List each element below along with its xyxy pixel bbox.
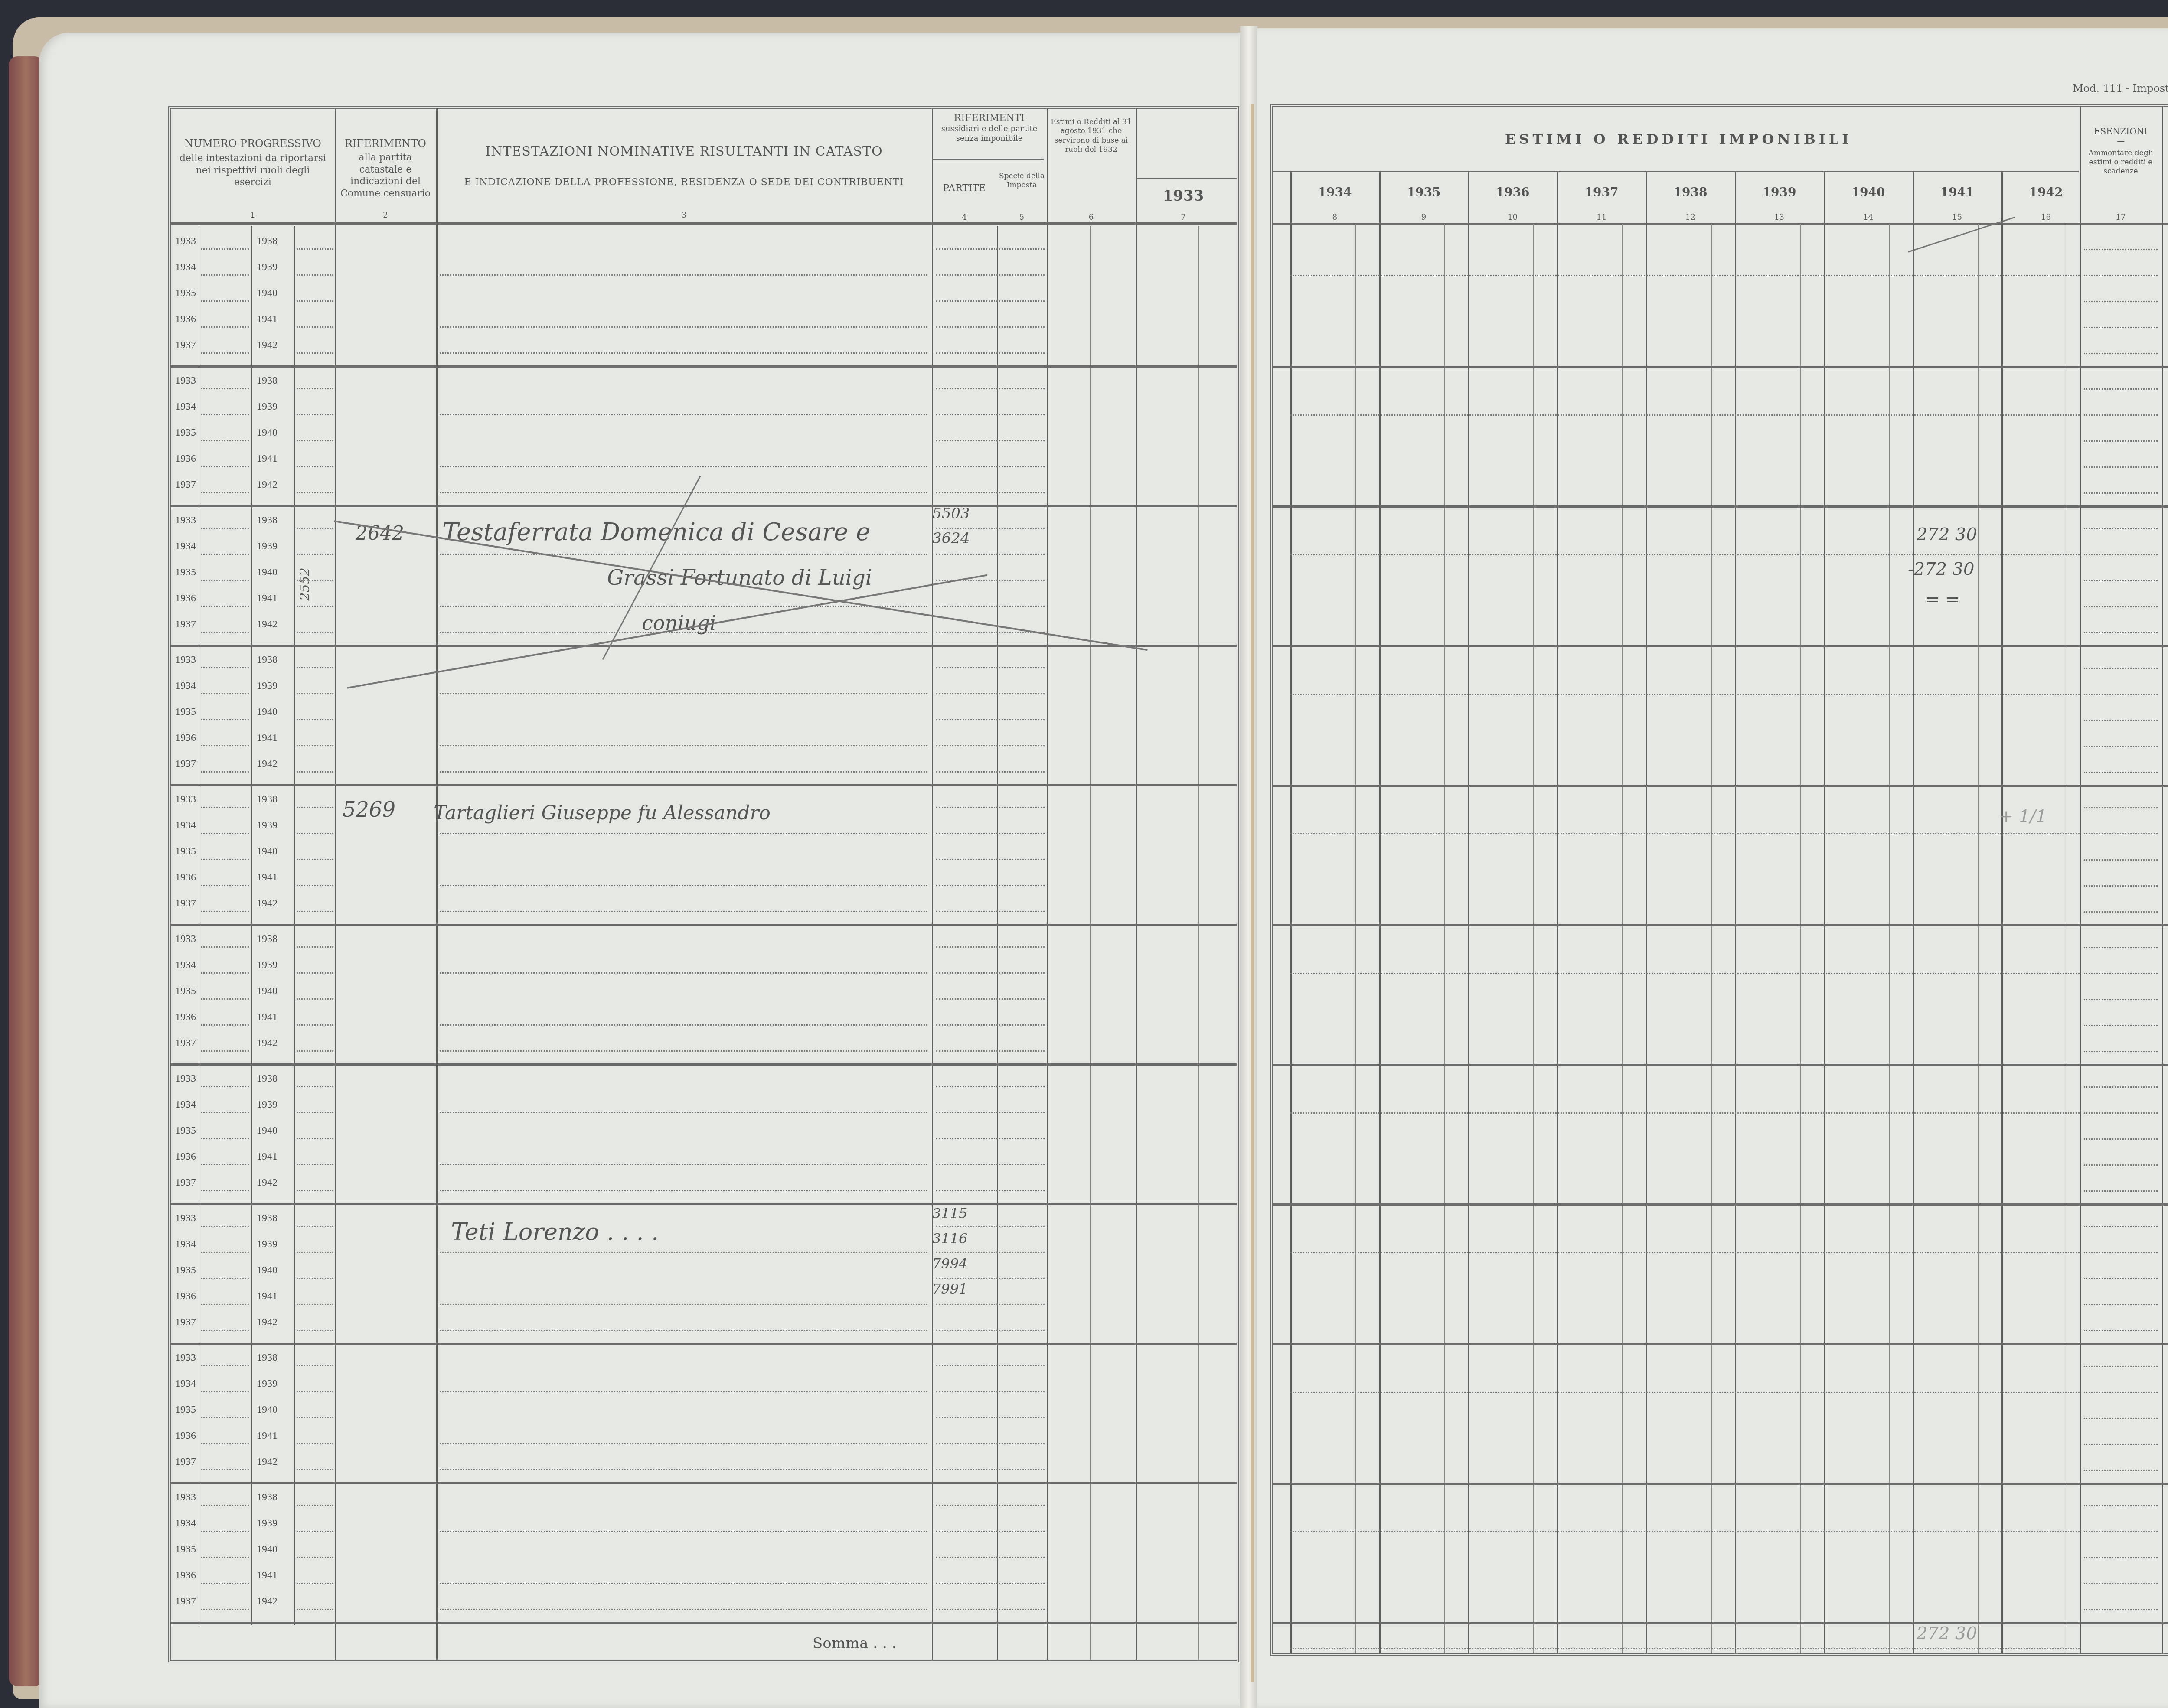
row-year-left: 1937 <box>175 1317 196 1328</box>
row-year-left: 1936 <box>175 1011 196 1023</box>
header-title: ESENZIONI <box>2080 126 2162 137</box>
row-year-right: 1938 <box>257 933 278 945</box>
row-year-left: 1933 <box>175 515 196 526</box>
dotted-rule <box>201 1164 249 1165</box>
book-spine <box>9 56 43 1686</box>
dotted-rule <box>440 326 927 328</box>
divider <box>1557 171 1558 1653</box>
row-year-right: 1940 <box>257 985 278 997</box>
dotted-rule <box>2084 694 2158 695</box>
header-numero-progressivo: NUMERO PROGRESSIVO delle intestazioni da… <box>171 137 335 189</box>
row-year-left: 1934 <box>175 1239 196 1250</box>
header-rule <box>171 222 1237 225</box>
block-separator <box>1273 645 2168 647</box>
divider <box>1047 109 1048 1660</box>
dotted-rule <box>297 492 333 493</box>
dotted-rule <box>936 859 1045 860</box>
header-year-1942: 1942 <box>2001 185 2090 200</box>
header-rule <box>1273 223 2168 225</box>
dotted-rule <box>1290 1252 2080 1253</box>
entry-partite: 5503 <box>932 505 970 522</box>
column-number: 9 <box>1379 213 1468 222</box>
dotted-rule <box>936 1138 1045 1139</box>
dotted-rule <box>936 466 1045 467</box>
row-year-right: 1938 <box>257 375 278 387</box>
dotted-rule <box>2084 1304 2158 1305</box>
dotted-rule <box>936 693 1045 694</box>
row-year-left: 1935 <box>175 706 196 718</box>
column-number: 13 <box>1735 213 1824 222</box>
row-year-left: 1933 <box>175 794 196 805</box>
row-year-left: 1937 <box>175 1596 196 1607</box>
header-riferimenti: RIFERIMENTI sussidiari e delle partite s… <box>932 112 1047 144</box>
entry-name-line: Teti Lorenzo . . . . <box>451 1218 659 1245</box>
dotted-rule <box>2084 1226 2158 1227</box>
row-year-left: 1933 <box>175 235 196 247</box>
dotted-rule <box>2084 1138 2158 1140</box>
column-number: 12 <box>1646 213 1735 222</box>
column-number: 17 <box>2080 213 2162 222</box>
block-separator <box>1273 924 2168 926</box>
column-number: 14 <box>1824 213 1913 222</box>
row-year-left: 1935 <box>175 846 196 857</box>
dotted-rule <box>1290 554 2080 555</box>
row-year-right: 1941 <box>257 872 278 883</box>
dotted-rule <box>2084 301 2158 302</box>
dotted-rule <box>201 352 249 354</box>
row-year-left: 1936 <box>175 732 196 744</box>
dotted-rule <box>936 1304 1045 1305</box>
dotted-rule <box>440 1024 927 1026</box>
dotted-rule <box>1290 275 2080 276</box>
dotted-rule <box>201 807 249 808</box>
dotted-rule <box>2084 275 2158 276</box>
block-separator <box>171 505 1237 507</box>
entry-name-line: coniugi <box>642 611 716 635</box>
header-title: RIFERIMENTI <box>932 112 1047 124</box>
dotted-rule <box>936 911 1045 912</box>
divider <box>1290 171 1292 1653</box>
row-year-right: 1938 <box>257 1352 278 1364</box>
dotted-rule <box>201 719 249 720</box>
dotted-rule <box>297 1112 333 1113</box>
dotted-rule <box>2084 947 2158 948</box>
row-year-left: 1937 <box>175 339 196 351</box>
row-year-left: 1936 <box>175 1570 196 1581</box>
row-year-right: 1942 <box>257 1177 278 1189</box>
block-separator <box>1273 785 2168 787</box>
row-year-left: 1937 <box>175 1037 196 1049</box>
dotted-rule <box>297 1190 333 1191</box>
row-year-right: 1939 <box>257 261 278 273</box>
dotted-rule <box>936 1252 1045 1253</box>
dotted-rule <box>1290 414 2080 416</box>
dotted-rule <box>440 911 927 912</box>
row-year-right: 1941 <box>257 1570 278 1581</box>
dotted-rule <box>297 388 333 389</box>
header-year-1933: 1933 <box>1136 187 1231 205</box>
header-year-1937: 1937 <box>1557 185 1646 200</box>
row-year-left: 1934 <box>175 1378 196 1390</box>
header-year-1940: 1940 <box>1824 185 1913 200</box>
dotted-rule <box>297 1138 333 1139</box>
dotted-rule <box>440 492 927 493</box>
row-year-left: 1936 <box>175 1151 196 1163</box>
dotted-rule <box>2084 327 2158 328</box>
dotted-rule <box>297 1443 333 1444</box>
dotted-rule <box>936 414 1045 415</box>
row-year-right: 1942 <box>257 1456 278 1468</box>
dotted-rule <box>2084 1086 2158 1088</box>
dotted-rule <box>2084 746 2158 747</box>
dotted-rule <box>440 1443 927 1444</box>
dotted-rule <box>297 1609 333 1610</box>
row-year-left: 1934 <box>175 820 196 831</box>
block-separator <box>1273 366 2168 368</box>
dotted-rule <box>2084 580 2158 581</box>
dotted-rule <box>297 326 333 328</box>
dotted-rule <box>201 1086 249 1087</box>
dotted-rule <box>936 352 1045 354</box>
dotted-rule <box>201 1304 249 1305</box>
dotted-rule <box>936 1050 1045 1052</box>
row-year-left: 1933 <box>175 1492 196 1503</box>
dotted-rule <box>936 1190 1045 1191</box>
dotted-rule <box>201 274 249 276</box>
dotted-rule <box>201 580 249 581</box>
dotted-rule <box>297 885 333 886</box>
header-estimi-1931: Estimi o Redditi al 31 agosto 1931 che s… <box>1047 117 1136 154</box>
row-year-left: 1933 <box>175 654 196 666</box>
dotted-rule <box>201 946 249 948</box>
header-year-1941: 1941 <box>1913 185 2001 200</box>
dotted-rule <box>2084 833 2158 834</box>
row-year-left: 1935 <box>175 567 196 578</box>
block-separator <box>1273 1064 2168 1066</box>
dotted-rule <box>297 606 333 607</box>
header-annotazioni: ANNOTAZIONI <box>2162 159 2168 173</box>
dotted-rule <box>297 466 333 467</box>
dotted-rule <box>936 972 1045 974</box>
row-year-right: 1938 <box>257 654 278 666</box>
dotted-rule <box>297 1164 333 1165</box>
row-year-left: 1935 <box>175 1125 196 1137</box>
dotted-rule <box>297 1086 333 1087</box>
dotted-rule <box>2084 606 2158 607</box>
entry-value-1941: = = <box>1925 590 1960 610</box>
entry-partite: 7991 <box>932 1281 967 1297</box>
entry-partita-number: 5269 <box>343 798 395 822</box>
dotted-rule <box>1290 833 2080 834</box>
dotted-rule <box>201 1112 249 1113</box>
dotted-rule <box>2084 885 2158 887</box>
dotted-rule <box>936 606 1045 607</box>
row-year-left: 1934 <box>175 959 196 971</box>
header-year-1939: 1939 <box>1735 185 1824 200</box>
entry-value-1941: -272 30 <box>1908 559 1974 579</box>
divider <box>1800 224 1801 1653</box>
dotted-rule <box>297 693 333 694</box>
dotted-rule <box>2084 1278 2158 1279</box>
row-year-left: 1935 <box>175 1544 196 1555</box>
row-year-left: 1934 <box>175 541 196 552</box>
row-year-right: 1942 <box>257 1037 278 1049</box>
row-year-left: 1936 <box>175 1430 196 1442</box>
header-title: RIFERIMENTO <box>335 137 436 150</box>
block-separator <box>171 1203 1237 1205</box>
dotted-rule <box>201 1443 249 1444</box>
dotted-rule <box>201 1557 249 1558</box>
entry-value-1941: + 1/1 <box>1999 806 2047 826</box>
column-number: 5 <box>997 213 1047 222</box>
dotted-rule <box>936 300 1045 302</box>
header-rule <box>1136 178 1237 179</box>
left-ledger-table: NUMERO PROGRESSIVO delle intestazioni da… <box>168 106 1239 1662</box>
dotted-rule <box>201 492 249 493</box>
dotted-rule <box>440 745 927 746</box>
dotted-rule <box>297 528 333 529</box>
dotted-rule <box>297 554 333 555</box>
block-separator <box>1273 1483 2168 1485</box>
dotted-rule <box>297 807 333 808</box>
dotted-rule <box>201 1609 249 1610</box>
somma-dotted-rule <box>1290 1648 2080 1649</box>
divider <box>436 109 438 1660</box>
dotted-rule <box>936 1531 1045 1532</box>
book-gutter <box>1240 26 1257 1708</box>
row-year-right: 1938 <box>257 235 278 247</box>
header-title: INTESTAZIONI NOMINATIVE RISULTANTI IN CA… <box>436 143 932 160</box>
dotted-rule <box>2084 1444 2158 1445</box>
dotted-rule <box>201 528 249 529</box>
row-year-right: 1942 <box>257 619 278 630</box>
dotted-rule <box>936 1391 1045 1392</box>
dotted-rule <box>2084 807 2158 808</box>
divider <box>1468 171 1469 1653</box>
header-specie-imposta: Specie della Imposta <box>997 172 1047 190</box>
row-year-left: 1937 <box>175 898 196 909</box>
row-year-right: 1940 <box>257 846 278 857</box>
row-year-left: 1936 <box>175 1291 196 1302</box>
block-separator <box>171 645 1237 647</box>
header-year-1935: 1935 <box>1379 185 1468 200</box>
dotted-rule <box>440 1112 927 1113</box>
dotted-rule <box>297 1583 333 1584</box>
dotted-rule <box>936 492 1045 493</box>
dotted-rule <box>201 1531 249 1532</box>
header-subtitle: delle intestazioni da riportarsi nei ris… <box>171 150 335 189</box>
dotted-rule <box>297 998 333 1000</box>
dotted-rule <box>936 1583 1045 1584</box>
row-year-right: 1941 <box>257 453 278 465</box>
dotted-rule <box>2084 1366 2158 1367</box>
row-year-right: 1938 <box>257 1492 278 1503</box>
dotted-rule <box>201 1469 249 1470</box>
header-intestazioni: INTESTAZIONI NOMINATIVE RISULTANTI IN CA… <box>436 143 932 188</box>
dotted-rule <box>440 972 927 974</box>
dotted-rule <box>440 274 927 276</box>
dotted-rule <box>297 719 333 720</box>
row-year-right: 1939 <box>257 680 278 692</box>
dotted-rule <box>936 885 1045 886</box>
dotted-rule <box>1290 694 2080 695</box>
row-year-left: 1937 <box>175 1456 196 1468</box>
divider <box>2067 224 2067 1653</box>
row-year-left: 1936 <box>175 313 196 325</box>
dotted-rule <box>201 1365 249 1366</box>
column-number: 1 <box>171 211 335 220</box>
dotted-rule <box>936 1226 1045 1227</box>
dotted-rule <box>201 1583 249 1584</box>
dotted-rule <box>440 833 927 834</box>
dotted-rule <box>936 1024 1045 1026</box>
block-separator <box>171 924 1237 926</box>
block-separator <box>1273 505 2168 508</box>
dotted-rule <box>440 1330 927 1331</box>
dotted-rule <box>297 1391 333 1392</box>
dotted-rule <box>936 248 1045 250</box>
row-year-right: 1938 <box>257 515 278 526</box>
row-year-right: 1942 <box>257 758 278 770</box>
dotted-rule <box>2084 1051 2158 1052</box>
dotted-rule <box>201 606 249 607</box>
row-year-right: 1941 <box>257 732 278 744</box>
row-year-right: 1942 <box>257 339 278 351</box>
dotted-rule <box>297 1417 333 1418</box>
row-year-left: 1934 <box>175 680 196 692</box>
dotted-rule <box>297 1024 333 1026</box>
column-number: 10 <box>1468 213 1557 222</box>
row-year-right: 1939 <box>257 959 278 971</box>
row-year-right: 1939 <box>257 1518 278 1529</box>
dotted-rule <box>440 1190 927 1191</box>
dotted-rule <box>201 1050 249 1052</box>
row-year-right: 1940 <box>257 287 278 299</box>
dotted-rule <box>440 885 927 886</box>
dotted-rule <box>297 274 333 276</box>
column-number: 6 <box>1047 213 1136 222</box>
dotted-rule <box>2084 973 2158 974</box>
row-year-left: 1933 <box>175 375 196 387</box>
divider <box>1646 171 1647 1653</box>
dotted-rule <box>201 1278 249 1279</box>
dotted-rule <box>936 998 1045 1000</box>
dotted-rule <box>2084 492 2158 494</box>
column-number: 4 <box>932 213 997 222</box>
column-number: 15 <box>1913 213 2001 222</box>
divider <box>2162 107 2163 1653</box>
dotted-rule <box>936 833 1045 834</box>
row-year-right: 1940 <box>257 427 278 439</box>
block-separator <box>171 1482 1237 1484</box>
divider <box>932 109 933 1660</box>
row-year-right: 1938 <box>257 1073 278 1085</box>
header-dash: — <box>2080 137 2162 147</box>
row-year-right: 1942 <box>257 898 278 909</box>
dotted-rule <box>297 300 333 302</box>
header-subtitle: Ammontare degli estimi o redditi e scade… <box>2080 147 2162 176</box>
dotted-rule <box>201 771 249 773</box>
row-year-right: 1939 <box>257 1239 278 1250</box>
divider <box>1711 224 1712 1653</box>
dotted-rule <box>440 1609 927 1610</box>
row-year-right: 1941 <box>257 1011 278 1023</box>
dotted-rule <box>2084 999 2158 1000</box>
dotted-rule <box>936 440 1045 441</box>
row-year-left: 1933 <box>175 1213 196 1224</box>
dotted-rule <box>297 440 333 441</box>
dotted-rule <box>936 1278 1045 1279</box>
row-year-left: 1935 <box>175 1404 196 1416</box>
right-ledger-table: ESTIMI O REDDITI IMPONIBILI 193481935919… <box>1270 104 2168 1656</box>
dotted-rule <box>201 911 249 912</box>
row-year-right: 1939 <box>257 820 278 831</box>
dotted-rule <box>297 771 333 773</box>
dotted-rule <box>297 1365 333 1366</box>
dotted-rule <box>201 972 249 974</box>
dotted-rule <box>936 528 1045 529</box>
dotted-rule <box>440 1050 927 1052</box>
dotted-rule <box>440 1164 927 1165</box>
dotted-rule <box>936 388 1045 389</box>
dotted-rule <box>2084 353 2158 354</box>
row-year-right: 1941 <box>257 1430 278 1442</box>
dotted-rule <box>201 632 249 633</box>
row-year-right: 1939 <box>257 1378 278 1390</box>
dotted-rule <box>201 1226 249 1227</box>
block-separator <box>171 784 1237 786</box>
dotted-rule <box>297 1330 333 1331</box>
dotted-rule <box>2084 1112 2158 1114</box>
dotted-rule <box>936 1164 1045 1165</box>
dotted-rule <box>201 859 249 860</box>
entry-value-1941: 272 30 <box>1917 525 1977 544</box>
dotted-rule <box>936 1609 1045 1610</box>
dotted-rule <box>297 1505 333 1506</box>
dotted-rule <box>440 1391 927 1392</box>
dotted-rule <box>2084 388 2158 390</box>
dotted-rule <box>936 807 1045 808</box>
dotted-rule <box>440 414 927 415</box>
dotted-rule <box>440 771 927 773</box>
dotted-rule <box>936 1330 1045 1331</box>
divider <box>1889 224 1890 1653</box>
row-year-right: 1939 <box>257 1099 278 1111</box>
dotted-rule <box>297 632 333 633</box>
row-year-left: 1937 <box>175 758 196 770</box>
block-separator <box>171 1622 1237 1624</box>
divider <box>1622 224 1623 1653</box>
row-year-right: 1942 <box>257 1317 278 1328</box>
header-year-1938: 1938 <box>1646 185 1735 200</box>
dotted-rule <box>2084 632 2158 633</box>
block-separator <box>1273 1203 2168 1206</box>
header-title: ESTIMI O REDDITI IMPONIBILI <box>1273 130 2084 148</box>
dotted-rule <box>2084 1531 2158 1532</box>
dotted-rule <box>936 1112 1045 1113</box>
divider <box>1824 171 1825 1653</box>
header-partite: PARTITE <box>932 183 997 195</box>
form-id: Mod. 111 - Imposte Dirette (Intercalare)… <box>2073 82 2168 95</box>
row-year-right: 1941 <box>257 1291 278 1302</box>
row-year-right: 1938 <box>257 1213 278 1224</box>
row-year-right: 1940 <box>257 567 278 578</box>
dotted-rule <box>440 1252 927 1253</box>
dotted-rule <box>440 693 927 694</box>
dotted-rule <box>201 300 249 302</box>
dotted-rule <box>297 1226 333 1227</box>
row-year-left: 1934 <box>175 1518 196 1529</box>
